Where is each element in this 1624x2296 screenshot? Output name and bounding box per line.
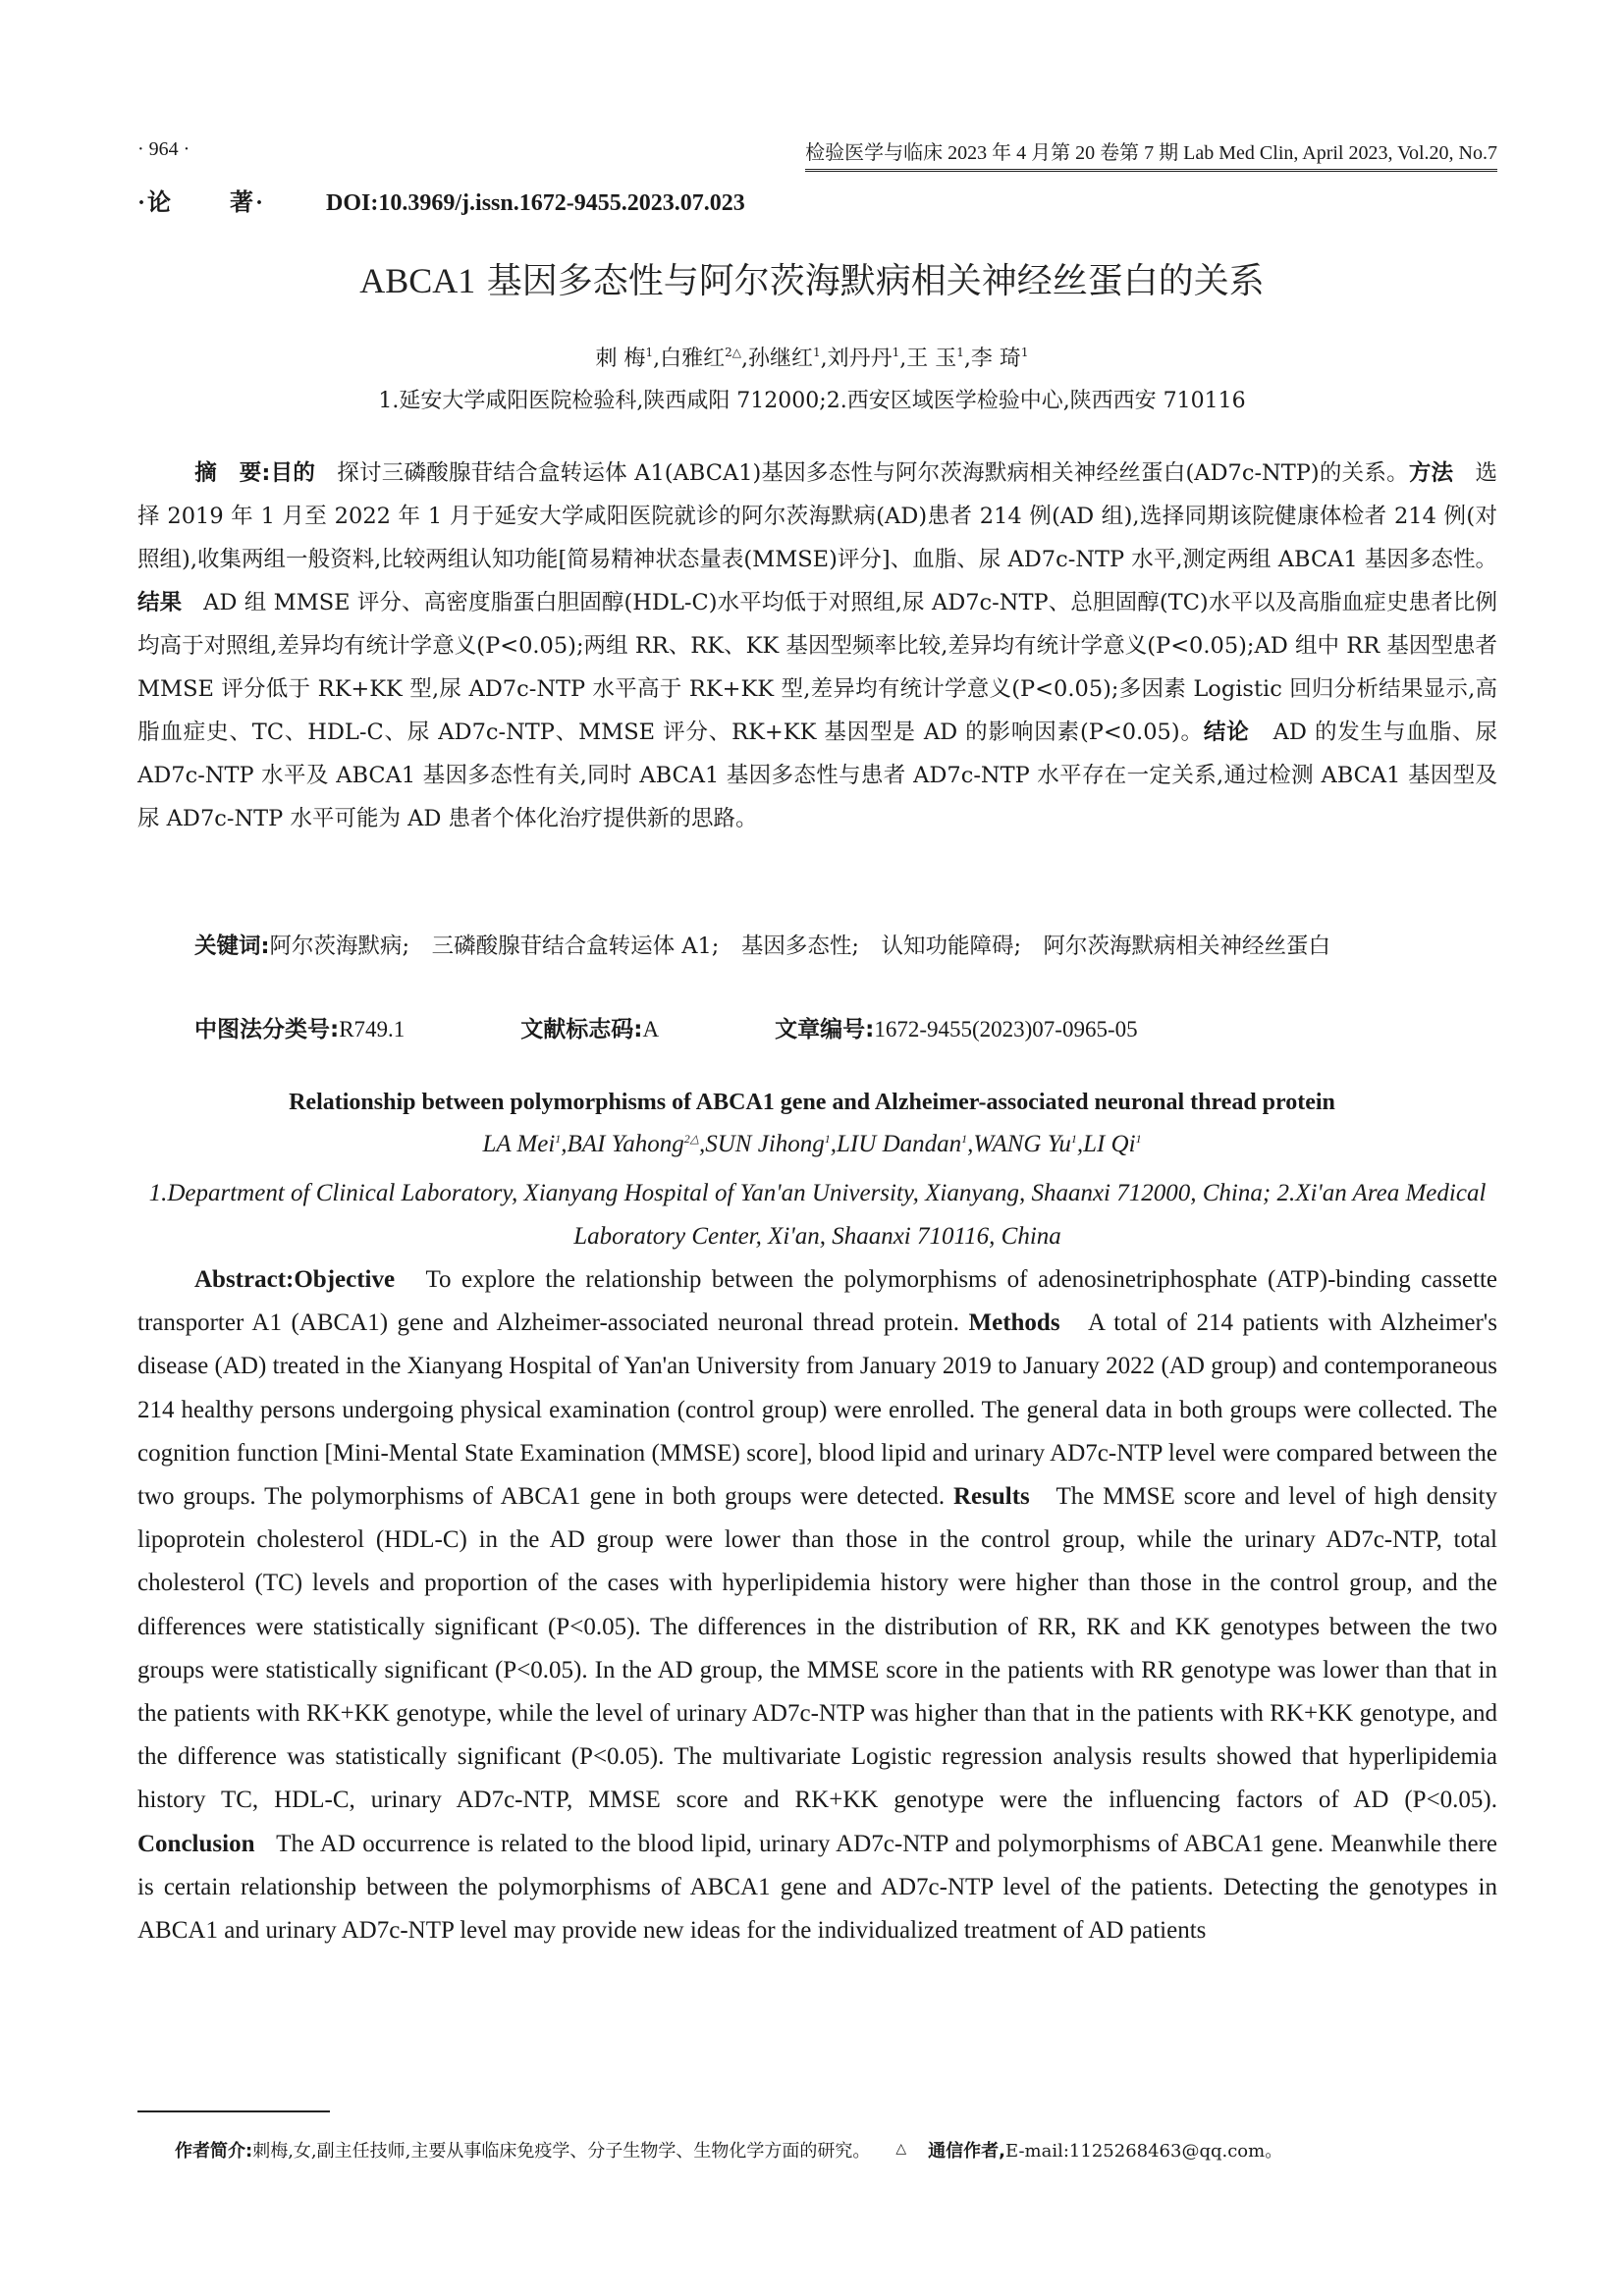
running-header: · 964 · 检验医学与临床 2023 年 4 月第 20 卷第 7 期 La… xyxy=(137,133,1497,168)
abstract-cn: 摘 要:目的 探讨三磷酸腺苷结合盒转运体 A1(ABCA1)基因多态性与阿尔茨海… xyxy=(137,452,1497,840)
article-type-doi-line: ·论著· DOI:10.3969/j.issn.1672-9455.2023.0… xyxy=(137,183,745,217)
author: BAI Yahong2△ xyxy=(568,1131,699,1157)
author: LI Qi1 xyxy=(1083,1131,1141,1157)
article-type-part1: ·论 xyxy=(137,190,173,216)
author: 孙继红1 xyxy=(748,347,821,371)
article-type-part2: 著· xyxy=(230,190,265,216)
conclusion-text-en: The AD occurrence is related to the bloo… xyxy=(137,1831,1497,1944)
title-gene-name: ABCA1 xyxy=(359,261,475,300)
author-list-en: LA Mei1,BAI Yahong2△,SUN Jihong1,LIU Dan… xyxy=(0,1131,1624,1158)
objective-label-en: Objective xyxy=(294,1266,395,1293)
abstract-en: Abstract:Objective To explore the relati… xyxy=(137,1258,1497,1952)
conclusion-label-en: Conclusion xyxy=(137,1831,254,1857)
conclusion-label: 结论 xyxy=(1204,720,1250,745)
methods-text-en: A total of 214 patients with Alzheimer's… xyxy=(137,1309,1497,1510)
author: SUN Jihong1 xyxy=(705,1131,831,1157)
author: 王 玉1 xyxy=(906,347,964,371)
author: 李 琦1 xyxy=(971,347,1029,371)
bio-text: 刺梅,女,副主任技师,主要从事临床免疫学、分子生物学、生物化学方面的研究。 xyxy=(252,2141,870,2162)
results-text-en: The MMSE score and level of high density… xyxy=(137,1483,1497,1813)
bio-label: 作者简介: xyxy=(175,2141,252,2162)
footnote-separator xyxy=(137,2110,330,2112)
affiliations-en: 1.Department of Clinical Laboratory, Xia… xyxy=(137,1172,1497,1258)
keywords-cn: 关键词:阿尔茨海默病; 三磷酸腺苷结合盒转运体 A1; 基因多态性; 认知功能障… xyxy=(137,925,1497,968)
page-number: · 964 · xyxy=(137,138,189,161)
document-code: 文献标志码:A xyxy=(520,1011,659,1043)
objective-label: 目的 xyxy=(270,460,315,486)
clc-number: 中图法分类号:R749.1 xyxy=(194,1011,405,1043)
objective-text: 探讨三磷酸腺苷结合盒转运体 A1(ABCA1)基因多态性与阿尔茨海默病相关神经丝… xyxy=(337,460,1409,486)
results-label: 结果 xyxy=(137,590,182,615)
author: LIU Dandan1 xyxy=(837,1131,967,1157)
article-title-cn: ABCA1 基因多态性与阿尔茨海默病相关神经丝蛋白的关系 xyxy=(0,253,1624,303)
keywords-text: 阿尔茨海默病; 三磷酸腺苷结合盒转运体 A1; 基因多态性; 认知功能障碍; 阿… xyxy=(270,934,1331,959)
methods-label-en: Methods xyxy=(969,1309,1060,1336)
results-label-en: Results xyxy=(953,1483,1030,1510)
doi[interactable]: DOI:10.3969/j.issn.1672-9455.2023.07.023 xyxy=(326,190,745,216)
corresponding-label: 通信作者, xyxy=(928,2141,1005,2162)
author: WANG Yu1 xyxy=(973,1131,1076,1157)
author-footnote: 作者简介:刺梅,女,副主任技师,主要从事临床免疫学、分子生物学、生物化学方面的研… xyxy=(175,2137,1282,2163)
journal-citation: 检验医学与临床 2023 年 4 月第 20 卷第 7 期 Lab Med Cl… xyxy=(805,136,1497,172)
abstract-label-en: Abstract: xyxy=(194,1266,294,1293)
article-title-en: Relationship between polymorphisms of AB… xyxy=(0,1090,1624,1116)
affiliations-cn: 1.延安大学咸阳医院检验科,陕西咸阳 712000;2.西安区域医学检验中心,陕… xyxy=(0,384,1624,414)
classification-line: 中图法分类号:R749.1文献标志码:A文章编号:1672-9455(2023)… xyxy=(194,1011,1138,1043)
author: 刘丹丹1 xyxy=(828,347,900,371)
corresponding-author-triangle-icon: △ xyxy=(895,2141,906,2157)
keywords-label: 关键词: xyxy=(194,934,270,959)
article-number: 文章编号:1672-9455(2023)07-0965-05 xyxy=(775,1011,1138,1043)
author-list-cn: 刺 梅1,白雅红2△,孙继红1,刘丹丹1,王 玉1,李 琦1 xyxy=(0,342,1624,372)
author: 刺 梅1 xyxy=(595,347,653,371)
corresponding-email[interactable]: E-mail:1125268463@qq.com。 xyxy=(1005,2141,1282,2162)
title-cn-text: 基因多态性与阿尔茨海默病相关神经丝蛋白的关系 xyxy=(475,261,1264,301)
methods-label: 方法 xyxy=(1409,460,1453,486)
abstract-label: 摘 要: xyxy=(194,460,270,486)
article-type-label: ·论著· xyxy=(137,183,265,217)
author: LA Mei1 xyxy=(482,1131,561,1157)
author: 白雅红2△ xyxy=(660,347,741,371)
